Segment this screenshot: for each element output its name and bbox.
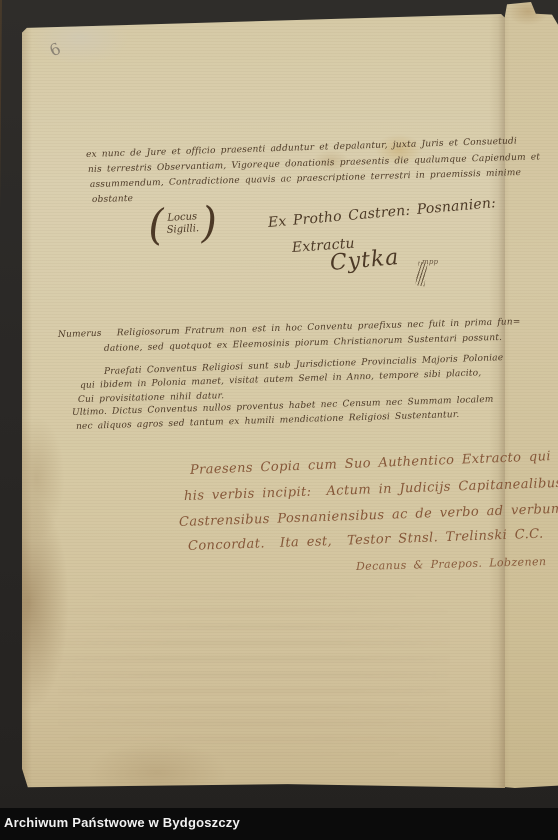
seal-line-2: Sigilli. (166, 223, 199, 237)
ink-bleed-through (58, 592, 450, 770)
seal-open-paren: ( (147, 204, 166, 247)
footer-bar: Archiwum Państwowe w Bydgoszczy (0, 808, 558, 840)
page-fold-line (0, 0, 2, 772)
archive-watermark: Archiwum Państwowe w Bydgoszczy (4, 815, 240, 830)
closing-clause-line-4: obstante (92, 194, 133, 205)
archive-scan: 6 ex nunc de Jure et officio praesenti a… (0, 0, 558, 840)
underlying-page-edge (498, 2, 558, 788)
seal-placeholder: ( Locus Sigilli. ) (147, 201, 218, 247)
manu-propria-mark: mpp (422, 258, 438, 266)
seal-close-paren: ) (200, 201, 219, 244)
